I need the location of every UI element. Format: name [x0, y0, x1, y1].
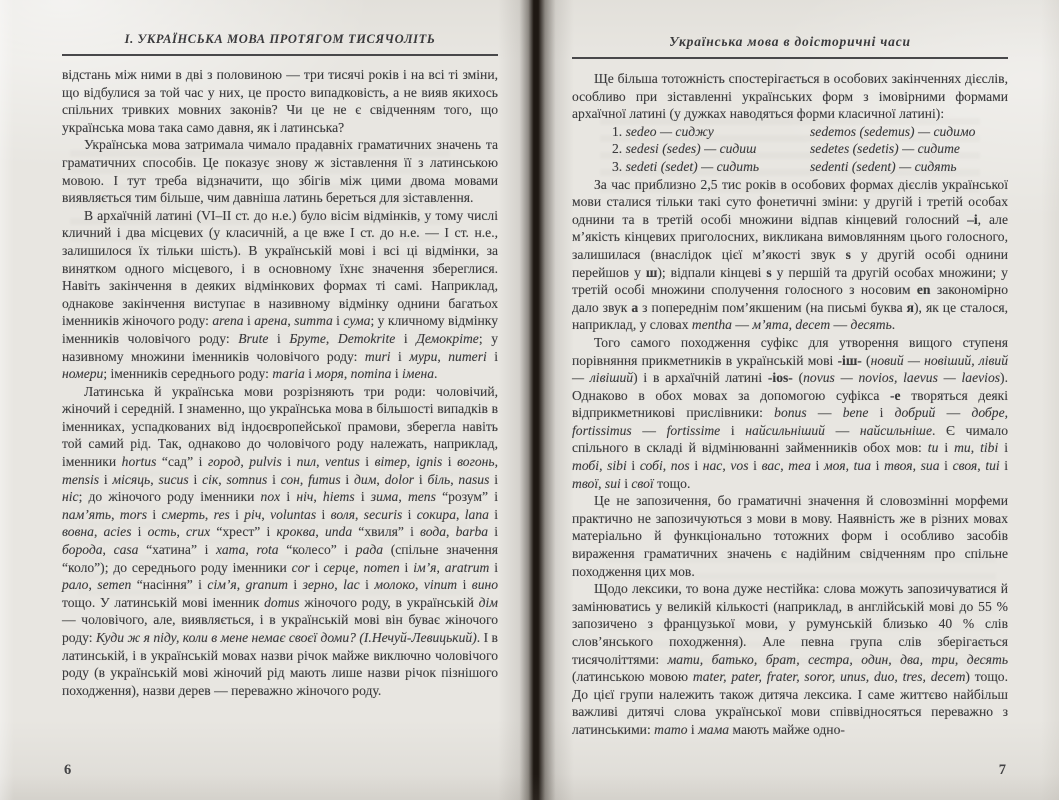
conjugation-cell: 2. sedesi (sedes) — сидиш — [572, 140, 810, 158]
paragraph: За час приблизно 2,5 тис років в особови… — [572, 176, 1008, 334]
conjugation-list: 1. sedeo — сиджуsedemos (sedemus) — сиди… — [572, 123, 1008, 176]
conjugation-row: 2. sedesi (sedes) — сидишsedetes (sedeti… — [572, 140, 1008, 158]
header-rule — [572, 57, 1008, 59]
conjugation-cell: sedemos (sedemus) — сидимо — [810, 123, 1008, 141]
page-body-right: Ще більша тотожність спостерігається в о… — [572, 70, 1008, 739]
paragraph: В архаїчній латині (VI–II ст. до н.е.) б… — [62, 207, 498, 383]
conjugation-row: 3. sedeti (sedet) — сидитьsedenti (seden… — [572, 158, 1008, 176]
conjugation-cell: sedetes (sedetis) — сидите — [810, 140, 1008, 158]
running-head-right: Українська мова в доісторичні часи — [572, 34, 1008, 50]
right-page: Українська мова в доісторичні часи Ще бі… — [572, 0, 1008, 800]
conjugation-cell: 3. sedeti (sedet) — сидить — [572, 158, 810, 176]
header-rule — [62, 54, 498, 56]
paragraph: Це не запозичення, бо граматичні значенн… — [572, 492, 1008, 580]
conjugation-cell: sedenti (sedent) — сидять — [810, 158, 1008, 176]
paragraph: Українська мова затримала чимало прадавн… — [62, 136, 498, 206]
page-body-left: відстань між ними в дві з половиною — тр… — [62, 66, 498, 699]
paragraph: відстань між ними в дві з половиною — тр… — [62, 66, 498, 136]
conjugation-row: 1. sedeo — сиджуsedemos (sedemus) — сиди… — [572, 123, 1008, 141]
paragraph: Ще більша тотожність спостерігається в о… — [572, 70, 1008, 123]
conjugation-cell: 1. sedeo — сиджу — [572, 123, 810, 141]
page-number-right: 7 — [999, 762, 1006, 779]
page-number-left: 6 — [64, 762, 71, 779]
paragraph: Латинська й українська мови розрізняють … — [62, 383, 498, 700]
gutter-shadow — [498, 0, 574, 800]
running-head-left: І. УКРАЇНСЬКА МОВА ПРОТЯГОМ ТИСЯЧОЛІТЬ — [62, 32, 498, 47]
book-scan: І. УКРАЇНСЬКА МОВА ПРОТЯГОМ ТИСЯЧОЛІТЬ в… — [0, 0, 1059, 800]
paragraph: Щодо лексики, то вона дуже нестійка: сло… — [572, 580, 1008, 738]
left-page: І. УКРАЇНСЬКА МОВА ПРОТЯГОМ ТИСЯЧОЛІТЬ в… — [62, 0, 498, 800]
paragraph: Того самого походження суфікс для утворе… — [572, 334, 1008, 492]
